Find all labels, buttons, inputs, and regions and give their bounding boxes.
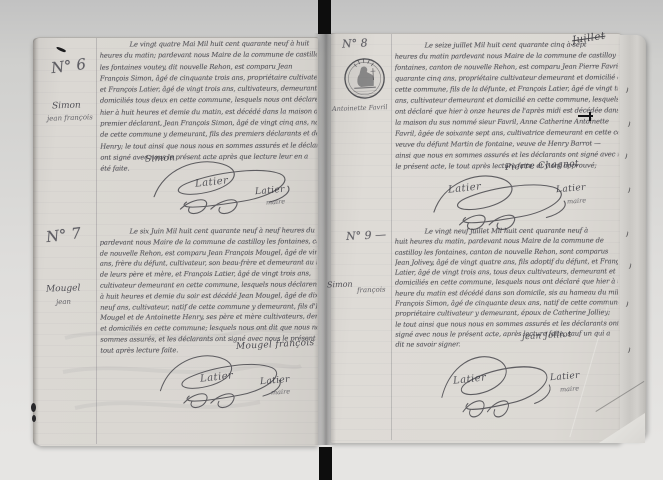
edge-ink-mark xyxy=(625,347,630,354)
act-body-text: Le seize juillet Mil huit cent quarante … xyxy=(395,39,619,172)
act-body-text: Le vingt quatre Mai Mil huit cent quaran… xyxy=(100,38,318,175)
margin-name: Mougel xyxy=(46,283,81,294)
margin-name: Antoinette Favril xyxy=(332,103,388,113)
death-act-8: N° 8 Antoinette Favril Le seize juillet … xyxy=(331,33,623,233)
scanned-register-spread: N° 6 Simon jean françois Le vingt quatre… xyxy=(0,0,663,480)
margin-name: françois xyxy=(357,286,386,295)
book-fore-edge xyxy=(620,35,646,439)
edge-ink-mark xyxy=(623,301,628,308)
act-number: N° 6 xyxy=(50,55,87,77)
torn-edge-ink-blob xyxy=(32,415,36,422)
margin-name: Simon xyxy=(327,280,353,290)
edge-ink-mark xyxy=(625,187,630,194)
handwriting-line: signé avec nous le présent acte, après l… xyxy=(395,328,618,340)
mayor-signature: Latier xyxy=(556,183,587,196)
mayor-title: maire xyxy=(266,197,286,206)
binding-mark-bottom xyxy=(319,447,332,480)
official-seal-stamp-icon xyxy=(340,53,389,102)
act-number: N° 9 — xyxy=(346,228,387,243)
mayor-title: maire xyxy=(567,196,587,205)
bleed-through-marks xyxy=(55,320,305,435)
mayor-title: maire xyxy=(560,384,580,393)
edge-ink-mark xyxy=(622,153,627,160)
handwriting-line: de cette commune y demeurant, fils des p… xyxy=(100,129,317,142)
margin-name: Simon xyxy=(52,101,81,112)
handwriting-line: pardevant nous Maire de la commune de ca… xyxy=(100,236,317,248)
death-act-6: N° 6 Simon jean françois Le vingt quatre… xyxy=(33,37,318,222)
margin-name: jean françois xyxy=(47,113,93,123)
death-act-9: N° 9 — Simon françois Le vingt neuf juil… xyxy=(331,222,623,427)
act-body-text: Le vingt neuf juillet Mil huit cent quar… xyxy=(395,225,619,350)
edge-ink-mark xyxy=(623,231,628,238)
ink-correction-mark xyxy=(578,112,593,121)
handwriting-line: à huit heures et demie du soir est décéd… xyxy=(100,290,317,302)
handwriting-line: dit ne savoir signer. xyxy=(395,339,618,351)
torn-edge-ink-blob xyxy=(31,403,36,412)
act-number: N° 7 xyxy=(45,224,82,246)
act-number: N° 8 xyxy=(342,36,368,50)
mayor-signature: Latier xyxy=(550,371,581,384)
edge-ink-mark xyxy=(623,87,628,94)
margin-name: jean xyxy=(56,298,71,307)
edge-ink-mark xyxy=(625,121,630,128)
handwriting-line: heures du matin; pardevant nous Maire de… xyxy=(100,50,317,63)
edge-ink-mark xyxy=(626,263,631,270)
binding-mark-top xyxy=(318,0,331,34)
